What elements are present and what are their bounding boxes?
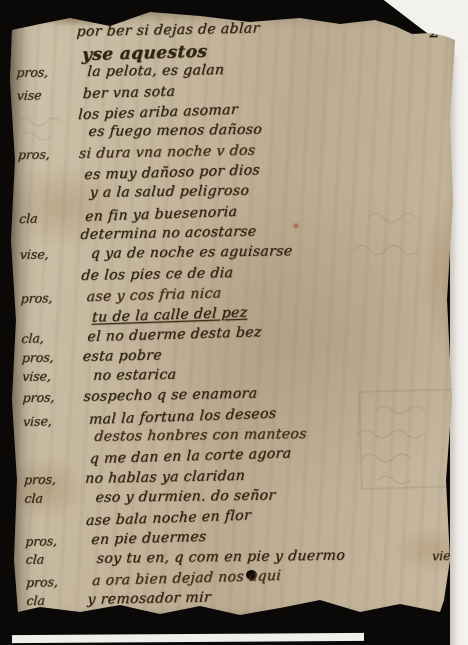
verse-text: en fin ya buesenoria [85,203,238,224]
speaker-abbreviation: pros, [13,573,88,590]
speaker-abbreviation: pros, [4,146,79,162]
speaker-abbreviation: pros, [11,470,86,486]
verse-text: a ora bien dejad nos aqui [92,568,282,589]
verse-text: sospecho q se enamora [83,386,258,405]
verse-text: de los pies ce de dia [81,265,234,284]
speaker-abbreviation [6,197,80,198]
speaker-abbreviation: cla [6,209,81,226]
photo-background: 3 2 vie por ber si dejas de ablar yse aq… [0,0,468,645]
speaker-abbreviation: pros, [9,389,84,405]
speaker-abbreviation [3,61,77,63]
verse-text: el no duerme desta bez [87,325,262,346]
speaker-abbreviation [7,279,81,280]
verse-text: si dura vna noche v dos [78,142,256,161]
verse-text: eso y durmien. do señor [95,487,276,505]
verse-text: la pelota, es galan [87,62,225,80]
verse-text: es muy dañoso por dios [84,162,261,183]
verse-text: ber vna sota [82,83,175,102]
speaker-abbreviation [7,239,81,240]
verse-text: q me dan en la corte agora [89,446,292,468]
verse-text: por ber si dejas de ablar [76,20,260,40]
verse-text: ase bala noche en flor [85,508,251,530]
verse-text: soy tu en, q com en pie y duermo [96,547,346,566]
speaker-abbreviation: vise [3,86,78,103]
speaker-abbreviation: vise, [10,412,85,429]
verse-text: esta pobre [82,347,162,365]
speaker-abbreviation: pros, [12,533,87,550]
speaker-abbreviation [5,179,79,181]
verse-text: y a la salud peligroso [89,183,250,201]
verse-text: en pie duermes [91,529,207,548]
verse-text: y remosador mir [87,590,212,608]
speaker-abbreviation: cla [12,551,87,567]
speaker-abbreviation: cla [13,592,88,608]
scanner-background-bottom [12,633,364,643]
speaker-abbreviation: pros, [7,289,82,306]
speaker-abbreviation [5,137,79,138]
manuscript-page: 3 2 vie por ber si dejas de ablar yse aq… [8,8,460,624]
speaker-abbreviation [12,525,86,527]
verse-text: no hablas ya claridan [85,467,246,486]
speaker-abbreviation: pros, [3,64,78,80]
speaker-abbreviation [10,441,84,442]
speaker-abbreviation: cla, [8,330,83,347]
speaker-abbreviation: vise, [6,246,81,262]
speaker-abbreviation [11,463,85,465]
speaker-abbreviation: pros, [8,349,83,365]
speaker-abbreviation [3,36,77,37]
verse-text: es fuego menos dañoso [88,122,263,140]
verse-text: destos honbres con manteos [94,426,308,445]
speaker-abbreviation: cla [11,490,86,506]
verse-block: por ber si dejas de ablar yse aquestos p… [2,17,465,614]
verse-text: ase y cos fria nica [86,285,222,305]
verse-text: q ya de noche es aguisarse [90,243,293,262]
speaker-abbreviation [4,119,78,121]
verse-text: determina no acostarse [80,224,257,243]
scanner-background-right [450,0,468,645]
speaker-abbreviation [8,322,82,324]
verse-text: no estarica [93,367,177,384]
speaker-abbreviation: vise, [9,368,84,384]
